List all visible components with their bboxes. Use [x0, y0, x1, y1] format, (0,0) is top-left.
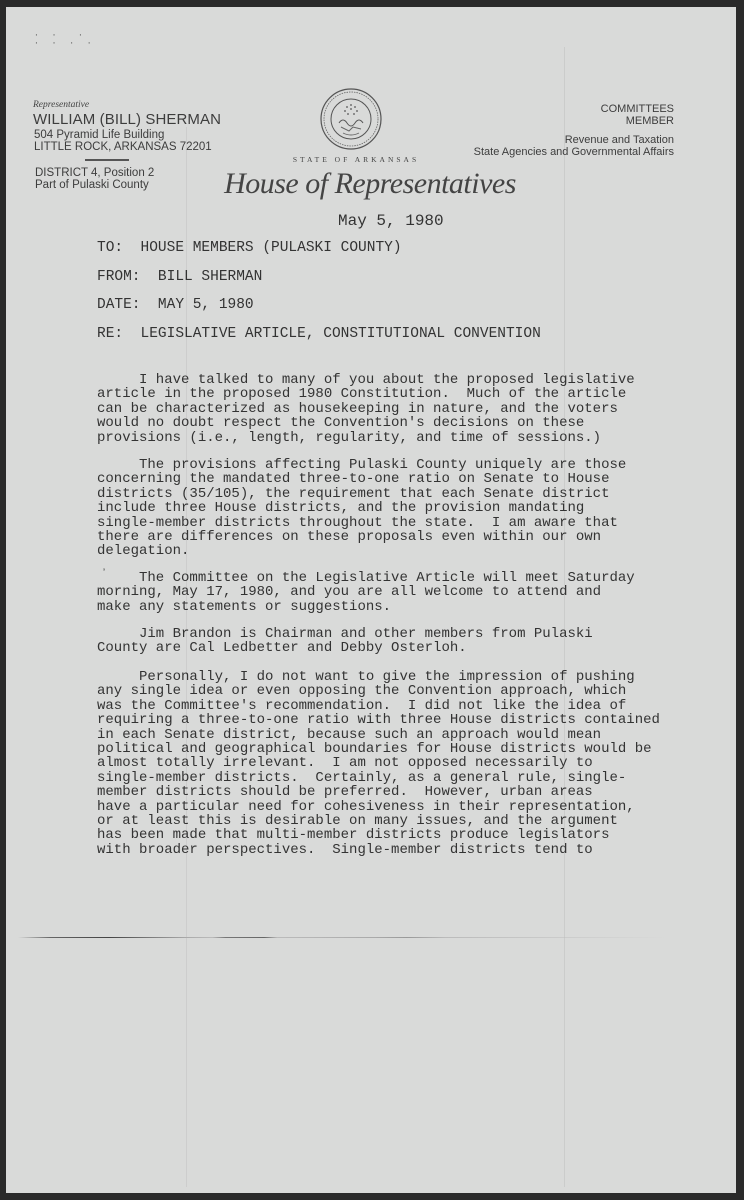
body-paragraph: The Committee on the Legislative Article… — [97, 571, 635, 614]
representative-name: WILLIAM (BILL) SHERMAN — [33, 111, 221, 128]
committees-member-heading: MEMBER — [626, 115, 674, 127]
district-line-1: DISTRICT 4, Position 2 — [35, 167, 154, 179]
house-of-representatives-title: House of Representatives — [220, 167, 520, 201]
state-seal-icon — [319, 87, 383, 151]
committee-item: State Agencies and Governmental Affairs — [474, 146, 674, 158]
scan-artifact-line — [186, 127, 187, 1187]
committees-heading: COMMITTEES — [601, 103, 674, 115]
divider — [85, 159, 129, 161]
scan-artifact-line — [564, 47, 565, 1187]
body-paragraph: The provisions affecting Pulaski County … — [97, 458, 626, 559]
committee-item: Revenue and Taxation — [565, 134, 674, 146]
state-label: STATE OF ARKANSAS — [286, 155, 426, 164]
stamp-specks: · · · · · · · — [34, 32, 96, 48]
memo-re: RE: LEGISLATIVE ARTICLE, CONSTITUTIONAL … — [97, 326, 541, 342]
district-line-2: Part of Pulaski County — [35, 179, 149, 191]
body-paragraph: Jim Brandon is Chairman and other member… — [97, 627, 593, 656]
body-paragraph: I have talked to many of you about the p… — [97, 373, 635, 445]
letter-date: May 5, 1980 — [338, 212, 444, 230]
address-line-1: 504 Pyramid Life Building — [34, 129, 164, 141]
memo-date: DATE: MAY 5, 1980 — [97, 297, 254, 313]
memo-to: TO: HOUSE MEMBERS (PULASKI COUNTY) — [97, 240, 402, 256]
representative-label: Representative — [33, 100, 89, 110]
address-line-2: LITTLE ROCK, ARKANSAS 72201 — [34, 141, 212, 153]
memo-from: FROM: BILL SHERMAN — [97, 269, 262, 285]
fold-crease — [18, 937, 666, 938]
document-page: · · · · · · · Representative WILLIAM (BI… — [6, 7, 736, 1193]
body-paragraph: Personally, I do not want to give the im… — [97, 670, 660, 857]
